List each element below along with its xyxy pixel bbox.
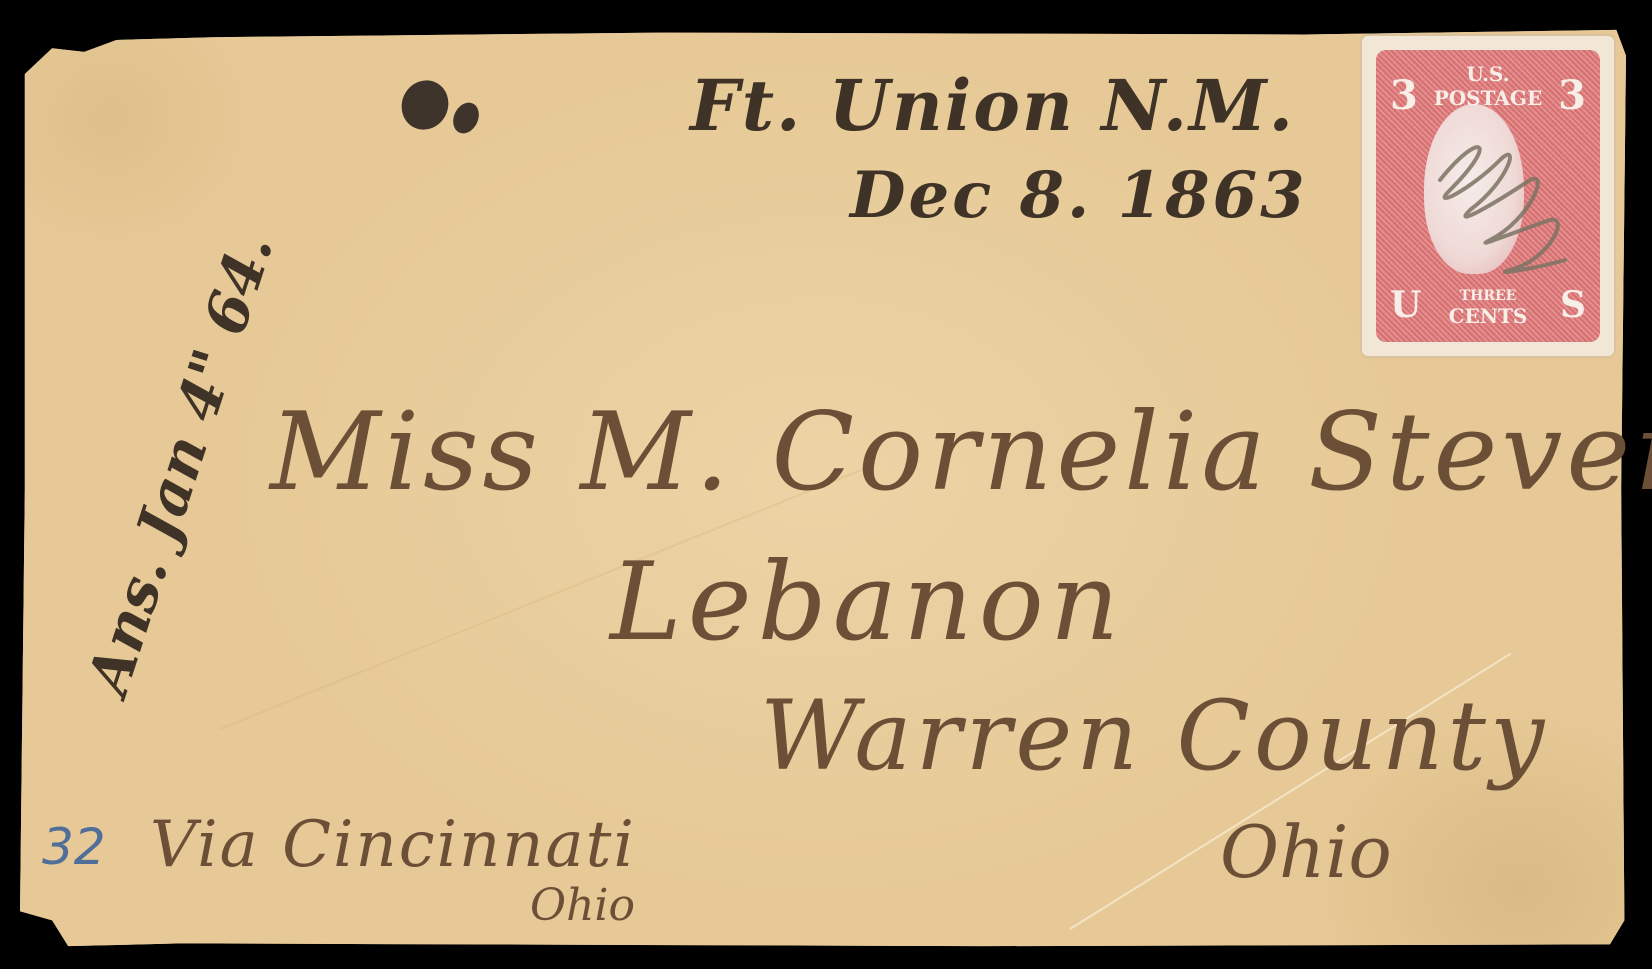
stamp-three-label: THREE xyxy=(1442,288,1534,304)
pencil-note: 32 xyxy=(42,818,106,876)
routing-line-2: Ohio xyxy=(530,880,635,931)
stamp-numeral-left: 3 xyxy=(1390,72,1418,119)
address-line-2: Lebanon xyxy=(610,540,1125,665)
address-line-4: Ohio xyxy=(1220,810,1392,894)
routing-line-1: Via Cincinnati xyxy=(150,808,636,882)
stamp-top-label: U.S. POSTAGE xyxy=(1422,62,1554,110)
stamp-numeral-right: 3 xyxy=(1558,72,1586,119)
postmark-town: Ft. Union N.M. xyxy=(690,64,1295,147)
stamp-cents-label: CENTS xyxy=(1428,304,1548,328)
pen-cancel-icon xyxy=(1420,120,1580,290)
stamp-corner-left: U xyxy=(1390,284,1421,326)
address-line-3: Warren County xyxy=(760,680,1548,792)
address-line-1: Miss M. Cornelia Stevens xyxy=(270,390,1652,515)
postmark-date: Dec 8. 1863 xyxy=(850,158,1308,233)
stamp-corner-right: S xyxy=(1560,284,1586,326)
